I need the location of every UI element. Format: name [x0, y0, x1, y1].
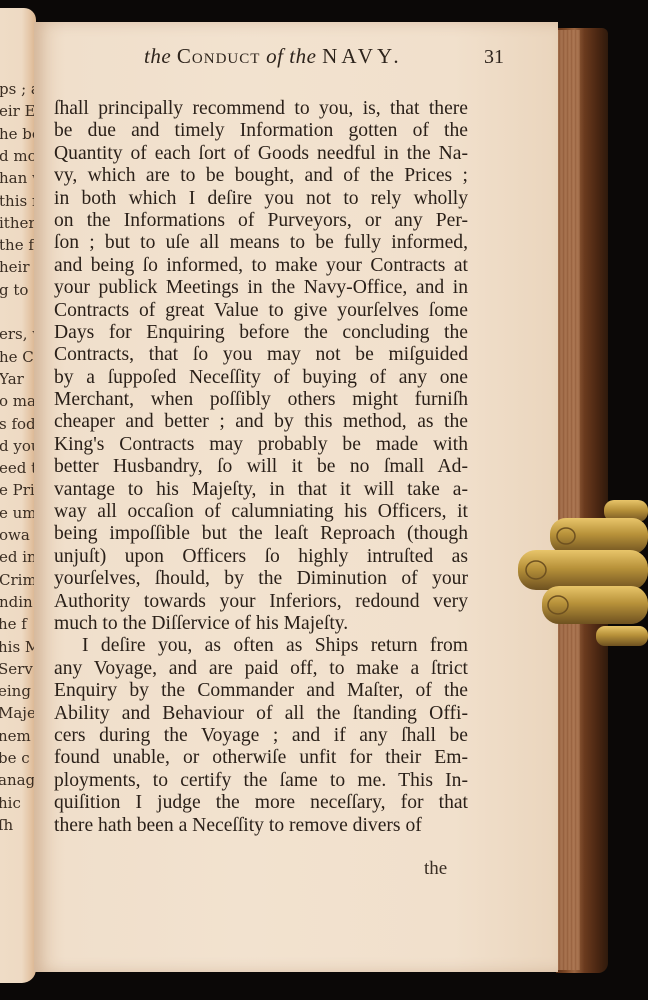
running-head: the Conduct of the NAVY. [144, 44, 504, 69]
text-line: Authority towards your Inferiors, redoun… [54, 591, 468, 613]
text-line: in both which I deſire you not to rely w… [54, 188, 468, 210]
text-line: Enquiry by the Commander and Maſter, of … [54, 680, 468, 702]
text-line: Contracts of great Value to give yourſel… [54, 300, 468, 322]
left-page-fragment: eed t [0, 461, 36, 476]
text-line: Quantity of each ſort of Goods needful i… [54, 143, 468, 165]
left-page-fragment: heir ( [0, 260, 36, 275]
text-line: Merchant, when poſſibly others might fur… [54, 389, 468, 411]
text-line: King's Contracts may probably be made wi… [54, 434, 468, 456]
text-line: your publick Meetings in the Navy-Office… [54, 277, 468, 299]
catchword: the [424, 858, 447, 880]
text-line: Days for Enquiring before the concluding… [54, 322, 468, 344]
left-page-fragment: anag [0, 773, 35, 788]
facing-left-page: ps ; aeir Efhe bead mohan wthis mither t… [0, 8, 36, 983]
text-line: unjuſt) upon Officers ſo highly intruſte… [54, 546, 468, 568]
left-page-fragment: Crim [0, 573, 36, 588]
left-page-fragment: ps ; a [0, 82, 36, 97]
text-line: cheaper and better ; and by this method,… [54, 411, 468, 433]
left-page-fragment: ſh [0, 818, 13, 833]
text-line: on the Informations of Purveyors, or any… [54, 210, 468, 232]
text-line: ſon ; but to uſe all means to be fully i… [54, 232, 468, 254]
left-page-fragment: he bea [0, 127, 36, 142]
text-line: way all occaſion of calumniating his Off… [54, 501, 468, 523]
left-page-fragment: eir Ef [0, 104, 36, 119]
left-page-fragment: nem [0, 729, 31, 744]
text-line: any Voyage, and are paid off, to make a … [54, 658, 468, 680]
text-line: better Husbandry, ſo will it be no ſmall… [54, 456, 468, 478]
text-line: found unable, or otherwiſe unfit for the… [54, 747, 468, 769]
left-page-fragment: han w [0, 171, 36, 186]
page-number: 31 [484, 46, 504, 69]
left-page-fragment: the f [0, 238, 34, 253]
text-line: Contracts, that ſo you may not be miſgui… [54, 344, 468, 366]
left-page-fragment: ed in [0, 550, 36, 565]
left-page-fragment: he Cr [0, 350, 36, 365]
left-page-fragment: eing [0, 684, 31, 699]
text-line: I deſire you, as often as Ships return f… [54, 635, 468, 657]
left-page-fragment: s fod [0, 417, 36, 432]
text-line: vantage to his Majeſty, in that it will … [54, 479, 468, 501]
text-line: being impoſſible but the leaſt Reproach … [54, 523, 468, 545]
book-page: the Conduct of the NAVY. 31 ſhall princi… [34, 22, 558, 972]
text-line: there hath been a Neceſſity to remove di… [54, 815, 468, 837]
left-page-fragment: ither [0, 216, 36, 231]
text-line: ſhall principally recommend to you, is, … [54, 98, 468, 120]
left-page-fragment: e um [0, 506, 36, 521]
left-page-fragment: d you [0, 439, 36, 454]
left-page-fragment: g to D [0, 283, 36, 298]
left-page-fragment: Majeſ [0, 706, 36, 721]
left-page-fragment: owa [0, 528, 30, 543]
left-page-fragment: be c [0, 751, 30, 766]
text-line: and being ſo informed, to make your Cont… [54, 255, 468, 277]
text-line: by a ſuppoſed Neceſſity of buying of any… [54, 367, 468, 389]
running-head-the: the [144, 44, 171, 68]
text-line: ployments, to certify the ſame to me. Th… [54, 770, 468, 792]
text-line: Ability and Behaviour of all the ſtandin… [54, 703, 468, 725]
left-page-fragment: this m [0, 194, 36, 209]
left-page-fragment: hic [0, 796, 21, 811]
left-page-fragment: o ma [0, 394, 36, 409]
page-body-text: ſhall principally recommend to you, is, … [54, 98, 468, 837]
running-head-navy: NAVY. [322, 44, 403, 68]
text-line: yourſelves, ſhould, by the Diminution of… [54, 568, 468, 590]
left-page-fragment: e Pri [0, 483, 35, 498]
left-page-fragment: ndin [0, 595, 33, 610]
left-page-fragment: he f [0, 617, 27, 632]
text-line: vy, which are to be bought, and of the P… [54, 165, 468, 187]
text-line: quiſition I judge the more neceſſary, fo… [54, 792, 468, 814]
left-page-fragment: Yar [0, 372, 24, 387]
left-page-fragment: his M [0, 640, 36, 655]
text-line: much to the Diſſervice of his Majeſty. [54, 613, 468, 635]
brass-hand-bookend-icon [516, 500, 648, 648]
left-page-fragment: ers, w [0, 327, 36, 342]
left-page-fragment: Serv [0, 662, 33, 677]
text-line: cers during the Voyage ; and if any ſhal… [54, 725, 468, 747]
left-page-fragment: d mo [0, 149, 36, 164]
running-head-of-the: of the [266, 44, 316, 68]
text-line: be due and timely Information gotten of … [54, 120, 468, 142]
running-head-conduct: Conduct [177, 44, 261, 68]
